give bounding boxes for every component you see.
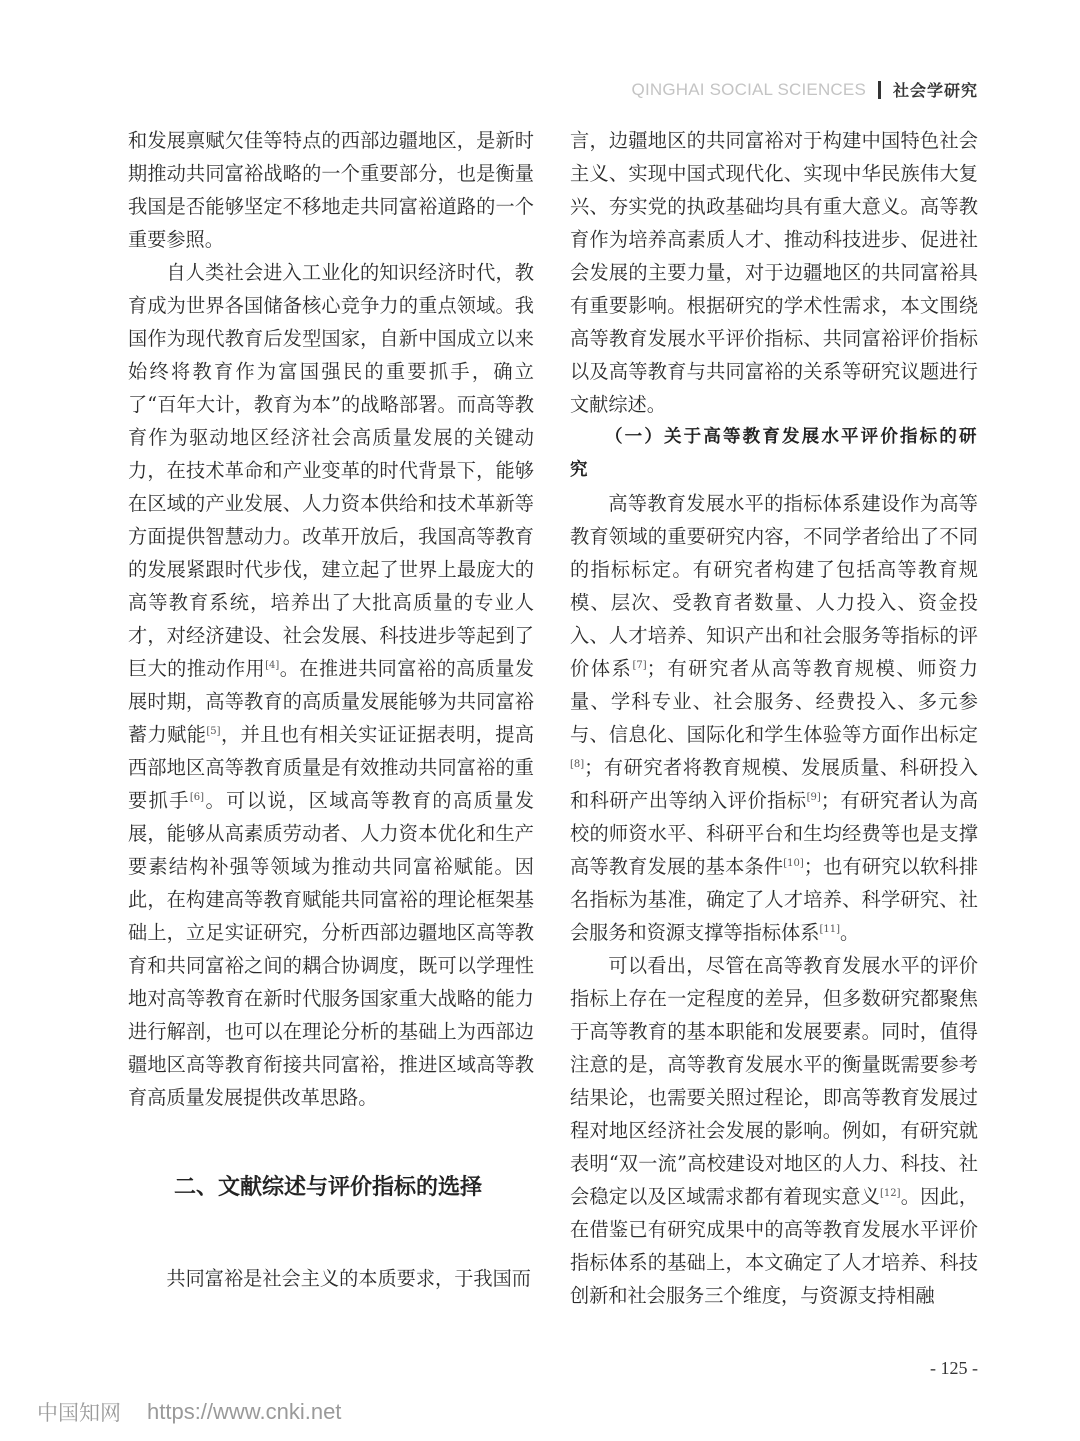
paragraph: 高等教育发展水平的指标体系建设作为高等教育领域的重要研究内容，不同学者给出了不同…: [570, 487, 978, 949]
text: 。: [840, 921, 859, 944]
section-label: 社会学研究: [893, 78, 978, 101]
citation[interactable]: [10]: [783, 858, 804, 869]
watermark-logo-text: 中国知网: [37, 1397, 121, 1427]
citation[interactable]: [4]: [265, 660, 279, 671]
section-heading: 二、文献综述与评价指标的选择: [128, 1171, 534, 1204]
citation[interactable]: [9]: [807, 792, 821, 803]
paragraph: 和发展禀赋欠佳等特点的西部边疆地区，是新时期推动共同富裕战略的一个重要部分，也是…: [128, 124, 534, 256]
text: 高等教育发展水平的指标体系建设作为高等教育领域的重要研究内容，不同学者给出了不同…: [570, 492, 978, 680]
paragraph: 共同富裕是社会主义的本质要求，于我国而: [128, 1262, 534, 1295]
paragraph: 可以看出，尽管在高等教育发展水平的评价指标上存在一定程度的差异，但多数研究都聚焦…: [570, 949, 978, 1312]
paragraph: 言，边疆地区的共同富裕对于构建中国特色社会主义、实现中国式现代化、实现中华民族伟…: [570, 124, 978, 421]
page-number: - 125 -: [930, 1358, 978, 1379]
citation[interactable]: [12]: [880, 1188, 901, 1199]
journal-name: QINGHAI SOCIAL SCIENCES: [632, 80, 866, 100]
citation[interactable]: [11]: [819, 924, 840, 935]
running-header: QINGHAI SOCIAL SCIENCES 社会学研究: [632, 78, 978, 101]
header-divider: [878, 81, 881, 99]
citation[interactable]: [5]: [206, 726, 220, 737]
text: 。可以说，区域高等教育的高质量发展，能够从高素质劳动者、人力资本优化和生产要素结…: [128, 789, 534, 1109]
watermark-url[interactable]: https://www.cnki.net: [147, 1399, 341, 1425]
citation[interactable]: [8]: [570, 759, 584, 770]
text: 可以看出，尽管在高等教育发展水平的评价指标上存在一定程度的差异，但多数研究都聚焦…: [570, 954, 978, 1208]
right-column: 言，边疆地区的共同富裕对于构建中国特色社会主义、实现中国式现代化、实现中华民族伟…: [570, 124, 978, 1312]
paragraph: 自人类社会进入工业化的知识经济时代，教育成为世界各国储备核心竞争力的重点领域。我…: [128, 256, 534, 1114]
citation[interactable]: [6]: [190, 792, 204, 803]
citation[interactable]: [7]: [632, 660, 646, 671]
subsection-heading: （一）关于高等教育发展水平评价指标的研究: [570, 421, 978, 487]
left-column: 和发展禀赋欠佳等特点的西部边疆地区，是新时期推动共同富裕战略的一个重要部分，也是…: [128, 124, 534, 1295]
text: 自人类社会进入工业化的知识经济时代，教育成为世界各国储备核心竞争力的重点领域。我…: [128, 261, 534, 680]
watermark: 中国知网 https://www.cnki.net: [37, 1397, 341, 1427]
